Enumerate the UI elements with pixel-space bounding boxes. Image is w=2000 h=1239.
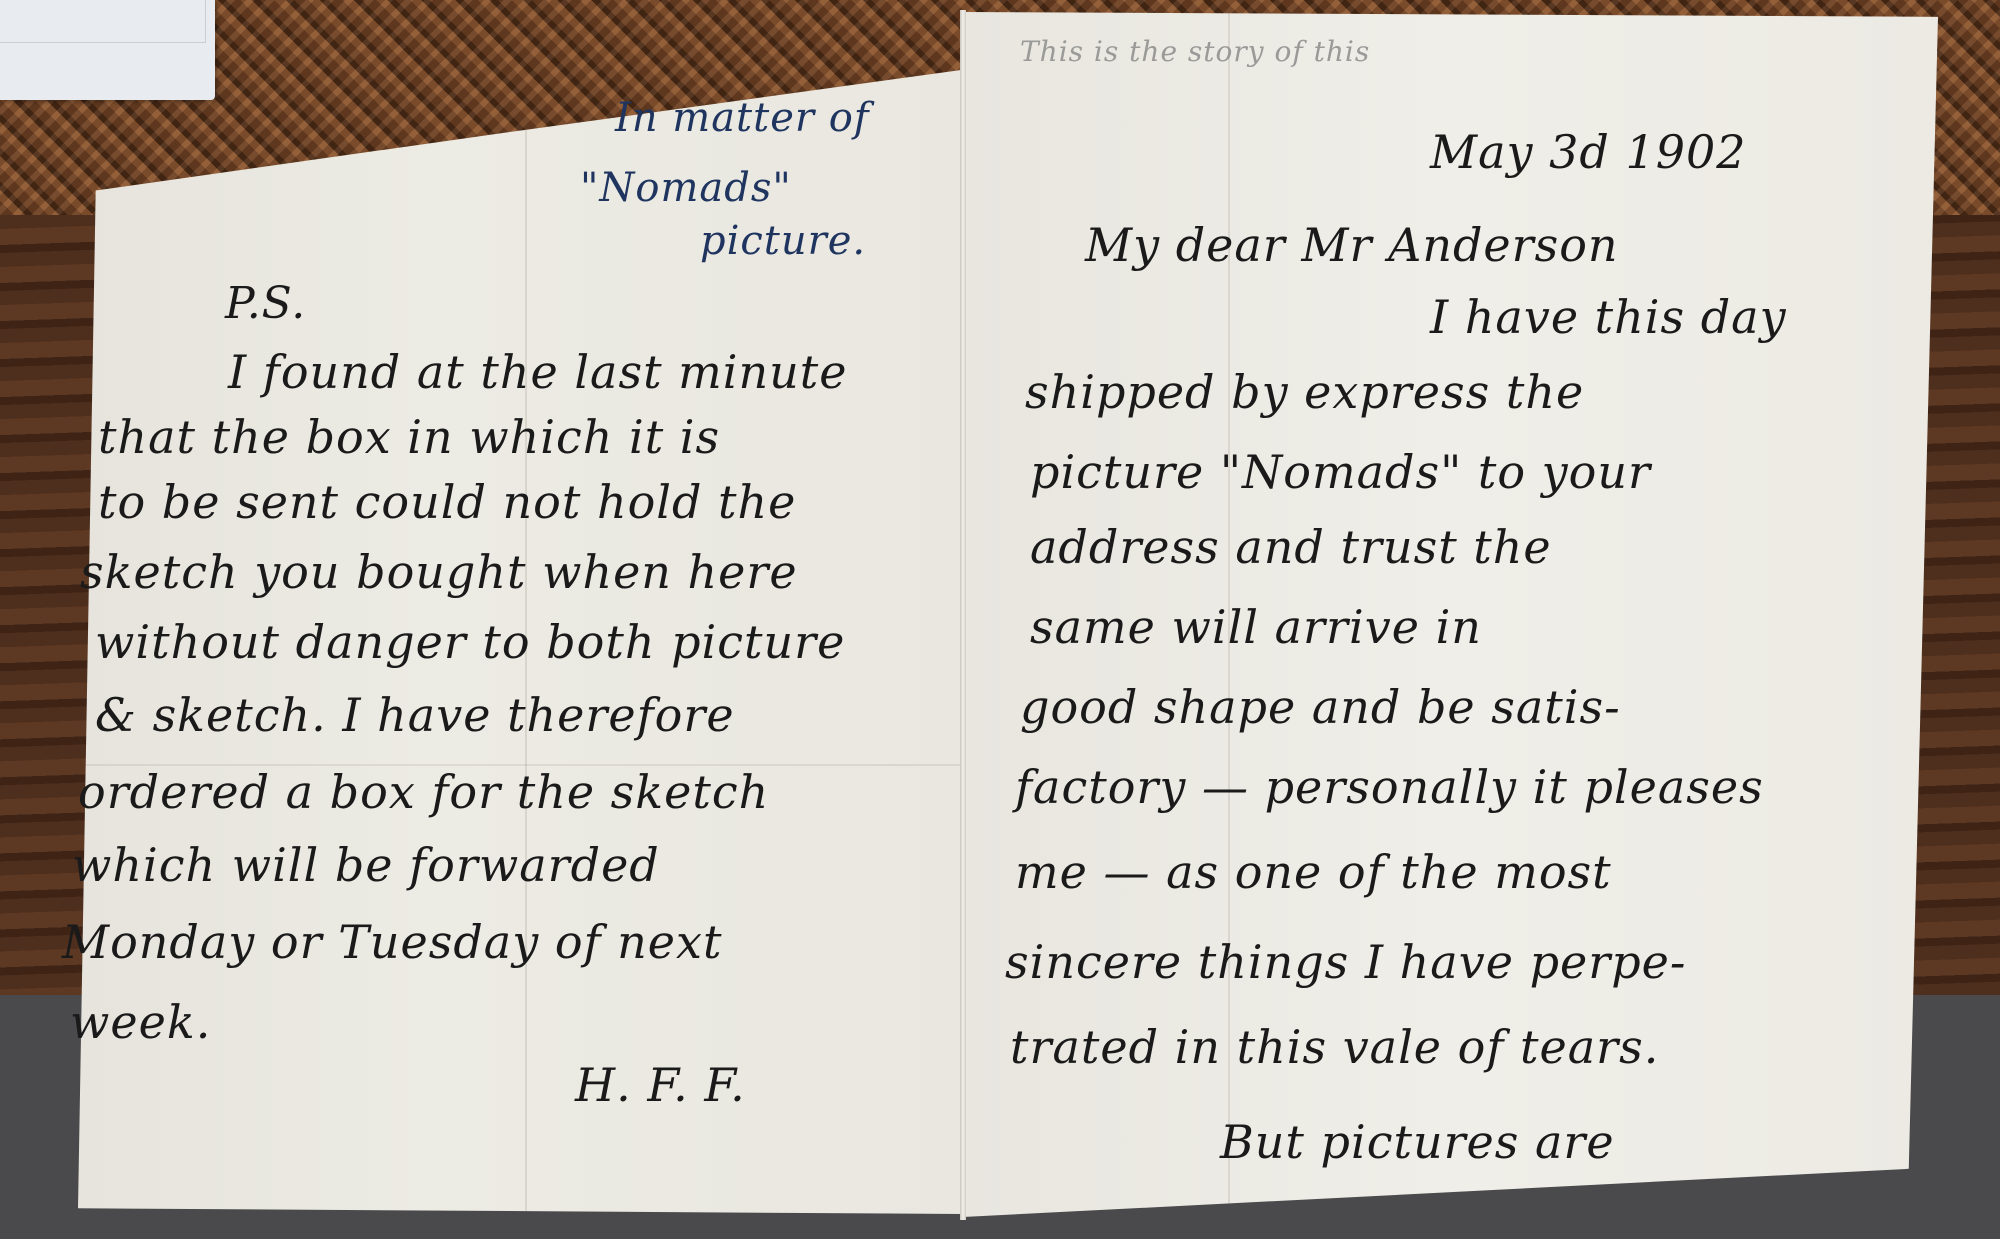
letter-line: good shape and be satis- bbox=[1020, 680, 1621, 734]
envelope bbox=[0, 0, 215, 100]
letter-salutation: My dear Mr Anderson bbox=[1085, 218, 1619, 272]
letter-line: ordered a box for the sketch bbox=[78, 765, 769, 819]
letter-line: me — as one of the most bbox=[1015, 845, 1612, 899]
signature-initials: H. F. F. bbox=[575, 1058, 746, 1112]
letter-line: I found at the last minute bbox=[228, 345, 847, 399]
ps-heading: P.S. bbox=[225, 278, 306, 329]
letter-date: May 3d 1902 bbox=[1430, 125, 1747, 179]
annotation-line-3: picture. bbox=[700, 218, 866, 264]
letter-line: without danger to both picture bbox=[95, 615, 845, 669]
letter-line: & sketch. I have therefore bbox=[95, 688, 735, 742]
annotation-line-1: In matter of bbox=[615, 95, 870, 141]
letter-line: sincere things I have perpe- bbox=[1005, 935, 1686, 989]
letter-line: But pictures are bbox=[1220, 1115, 1615, 1169]
letter-line: trated in this vale of tears. bbox=[1010, 1020, 1659, 1074]
letter-line: which will be forwarded bbox=[72, 838, 660, 892]
letter-line: factory — personally it pleases bbox=[1015, 760, 1764, 814]
envelope-flap bbox=[0, 0, 206, 43]
letter-line: shipped by express the bbox=[1025, 365, 1584, 419]
letter-line: sketch you bought when here bbox=[80, 545, 798, 599]
letter-line: that the box in which it is bbox=[98, 410, 720, 464]
page-spine bbox=[960, 10, 966, 1220]
letter-line: I have this day bbox=[1430, 290, 1787, 344]
letter-line: week. bbox=[70, 995, 211, 1049]
letter-line: address and trust the bbox=[1030, 520, 1552, 574]
letter-line: picture "Nomads" to your bbox=[1030, 445, 1651, 499]
pencil-note: This is the story of this bbox=[1020, 35, 1370, 68]
letter-line: Monday or Tuesday of next bbox=[62, 915, 722, 969]
letter-line: same will arrive in bbox=[1030, 600, 1482, 654]
letter-line: to be sent could not hold the bbox=[98, 475, 796, 529]
annotation-line-2: "Nomads" bbox=[580, 165, 792, 211]
